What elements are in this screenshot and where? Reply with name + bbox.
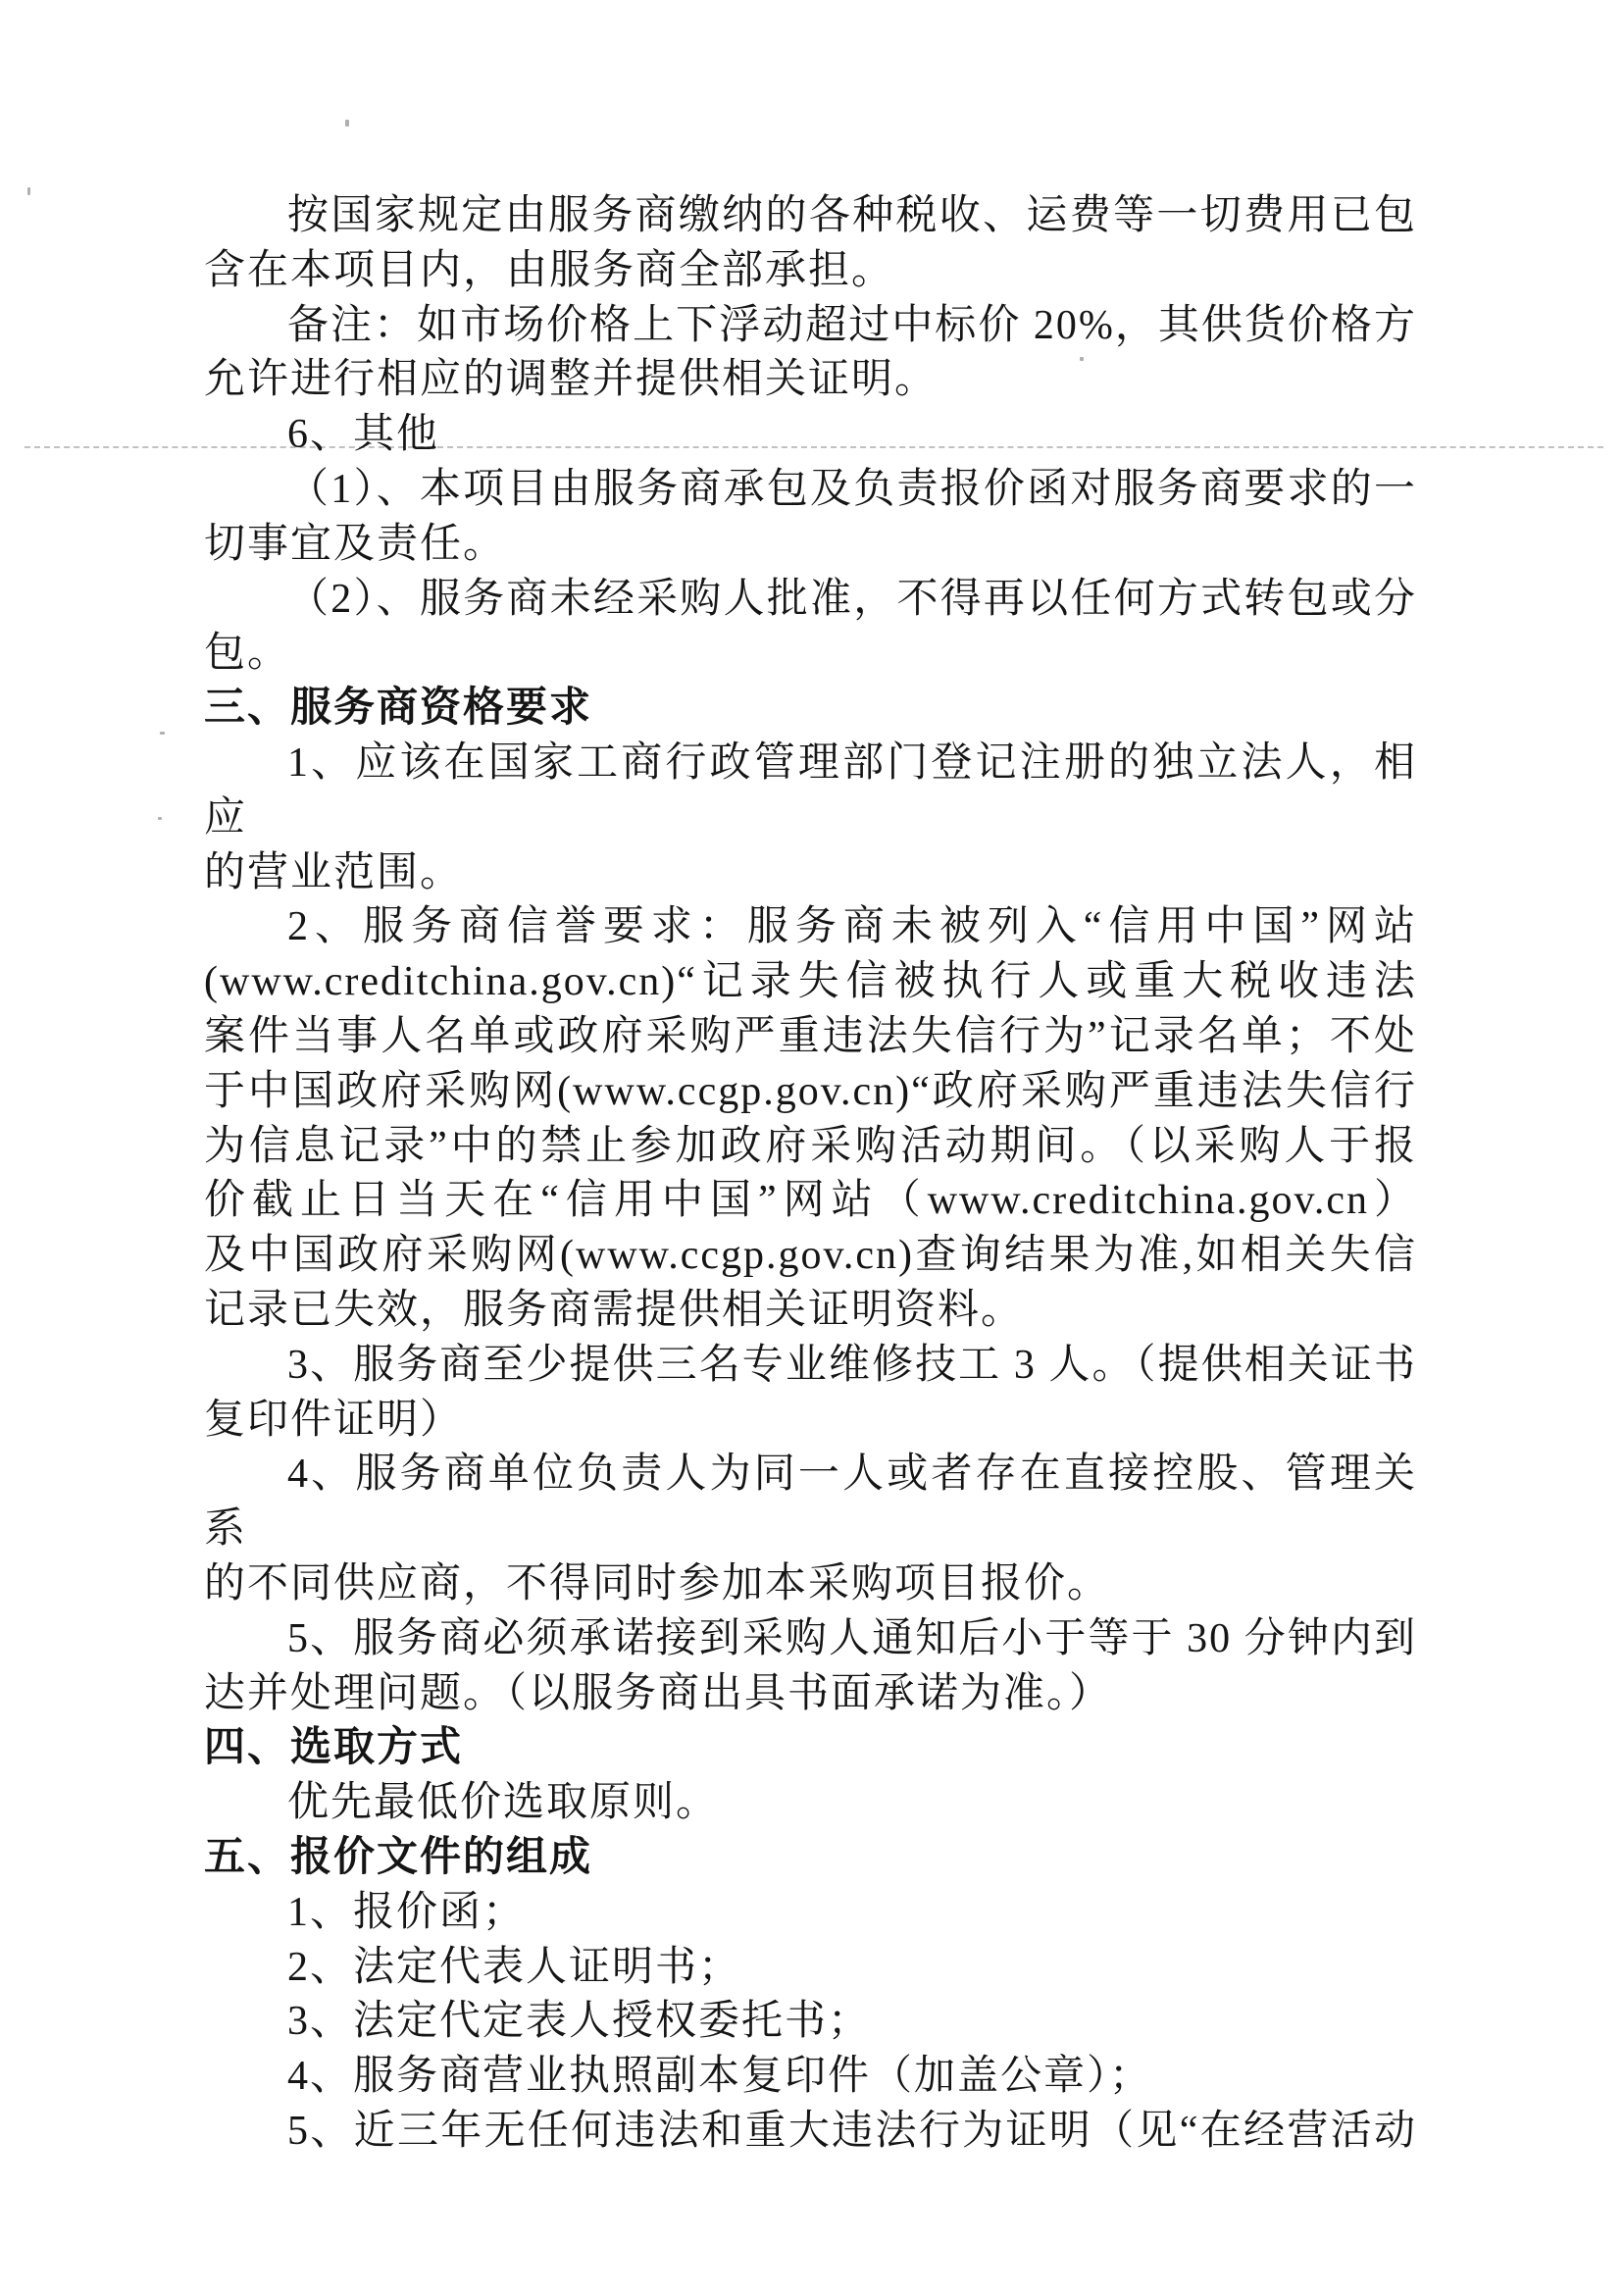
text-line: 于中国政府采购网(www.ccgp.gov.cn)“政府采购严重违法失信行 [204,1065,1417,1120]
text-line: 包。 [204,627,1417,682]
text-line: 含在本项目内，由服务商全部承担。 [204,244,1417,299]
scan-speck [27,187,30,195]
scan-speck [160,732,165,735]
text-line: 1、应该在国家工商行政管理部门登记注册的独立法人，相应 [204,737,1417,846]
section-heading: 三、服务商资格要求 [204,682,1417,737]
text-line: （2）、服务商未经采购人批准，不得再以任何方式转包或分 [204,573,1417,628]
text-line: 4、服务商单位负责人为同一人或者存在直接控股、管理关系 [204,1448,1417,1557]
section-heading: 五、报价文件的组成 [204,1831,1417,1886]
text-line: 5、近三年无任何违法和重大违法行为证明（见“在经营活动 [204,2105,1417,2160]
text-line: 6、其他 [204,408,1417,463]
text-line: 3、服务商至少提供三名专业维修技工 3 人。（提供相关证书 [204,1339,1417,1394]
scan-speck [158,817,162,820]
text-line: 记录已失效，服务商需提供相关证明资料。 [204,1284,1417,1339]
text-line: (www.creditchina.gov.cn)“记录失信被执行人或重大税收违法 [204,955,1417,1010]
scan-speck [345,120,349,127]
text-line: 3、法定代定表人授权委托书； [204,1995,1417,2050]
text-line: 1、报价函； [204,1886,1417,1941]
text-line: 案件当事人名单或政府采购严重违法失信行为”记录名单；不处 [204,1010,1417,1065]
text-line: 允许进行相应的调整并提供相关证明。 [204,353,1417,408]
text-line: 的不同供应商，不得同时参加本采购项目报价。 [204,1557,1417,1612]
text-line: 5、服务商必须承诺接到采购人通知后小于等于 30 分钟内到 [204,1612,1417,1667]
section-heading: 四、选取方式 [204,1721,1417,1776]
text-line: 备注：如市场价格上下浮动超过中标价 20%，其供货价格方 [204,299,1417,354]
text-line: 4、服务商营业执照副本复印件（加盖公章）； [204,2050,1417,2105]
text-line: 2、法定代表人证明书； [204,1941,1417,1996]
text-line: 按国家规定由服务商缴纳的各种税收、运费等一切费用已包 [204,189,1417,244]
text-line: 复印件证明） [204,1394,1417,1449]
text-line: 及中国政府采购网(www.ccgp.gov.cn)查询结果为准,如相关失信 [204,1229,1417,1284]
text-line: 优先最低价选取原则。 [204,1776,1417,1831]
document-page: 按国家规定由服务商缴纳的各种税收、运费等一切费用已包 含在本项目内，由服务商全部… [0,0,1624,2293]
text-line: 达并处理问题。（以服务商出具书面承诺为准。） [204,1667,1417,1722]
text-line: 切事宜及责任。 [204,518,1417,573]
text-line: 的营业范围。 [204,846,1417,901]
text-line: 价截止日当天在“信用中国”网站（www.creditchina.gov.cn） [204,1174,1417,1229]
text-line: 为信息记录”中的禁止参加政府采购活动期间。（以采购人于报 [204,1120,1417,1175]
text-line: 2、服务商信誉要求：服务商未被列入“信用中国”网站 [204,900,1417,955]
text-block: 按国家规定由服务商缴纳的各种税收、运费等一切费用已包 含在本项目内，由服务商全部… [204,189,1417,2160]
text-line: （1）、本项目由服务商承包及负责报价函对服务商要求的一 [204,463,1417,518]
